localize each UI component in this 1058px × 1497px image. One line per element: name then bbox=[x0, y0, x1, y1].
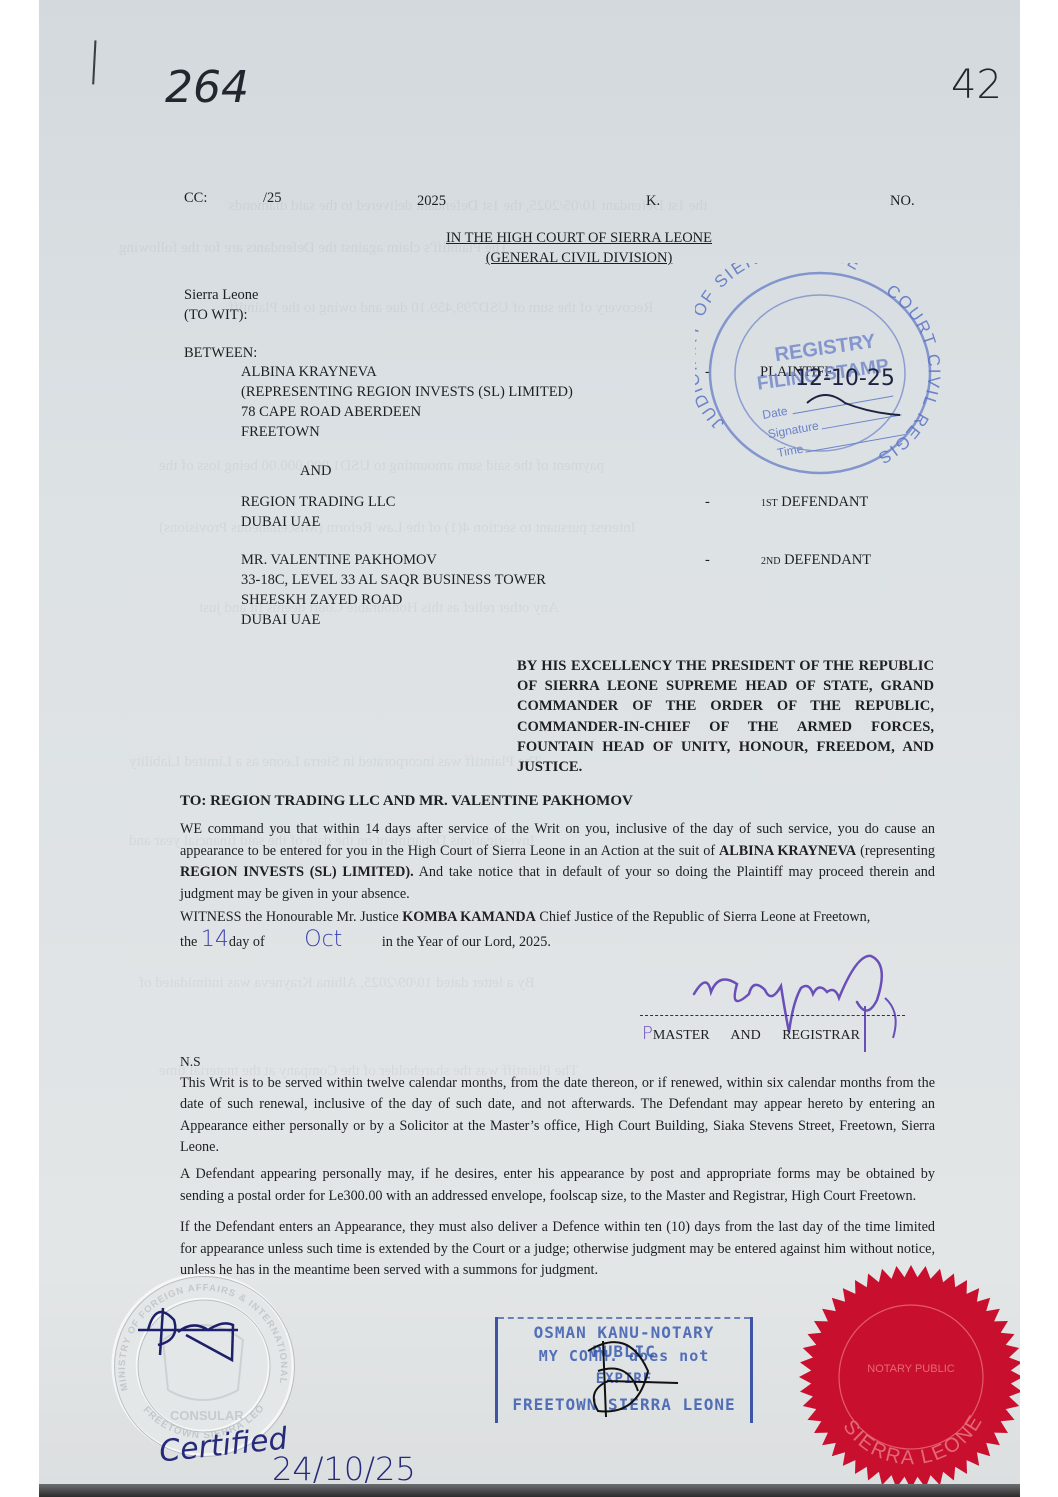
defendant1-location: DUBAI UAE bbox=[241, 512, 395, 532]
service-note: N.S This Writ is to be served within twe… bbox=[180, 1051, 935, 1159]
defendant2-name: MR. VALENTINE PAKHOMOV bbox=[241, 550, 546, 570]
bleed-through-text: the 1st Defendant 10/05/2025, the 1st De… bbox=[229, 198, 707, 215]
bleed-through-text: The Plaintiff was incorporated in Sierra… bbox=[129, 754, 541, 771]
handwritten-witness-month: Oct bbox=[268, 929, 378, 951]
bleed-through-text: Interest pursuant to section 4(1) of the… bbox=[159, 520, 636, 537]
plaintiff-city: FREETOWN bbox=[241, 422, 573, 442]
notary-signature bbox=[578, 1331, 688, 1421]
defendant1-role-label: DEFENDANT bbox=[781, 494, 868, 510]
case-k-label: K. bbox=[646, 191, 660, 211]
handwritten-page-number-left: 264 bbox=[165, 62, 249, 113]
ns-label: N.S bbox=[180, 1051, 935, 1073]
defendant2-block: MR. VALENTINE PAKHOMOV 33-18C, LEVEL 33 … bbox=[241, 550, 546, 630]
defendant1-block: REGION TRADING LLC DUBAI UAE bbox=[241, 492, 395, 532]
defendant2-role: 2ND DEFENDANT bbox=[761, 550, 871, 572]
ns-text: This Writ is to be served within twelve … bbox=[180, 1073, 935, 1159]
defendant2-address1: 33-18C, LEVEL 33 AL SAQR BUSINESS TOWER bbox=[241, 570, 546, 590]
registry-date-label: Date bbox=[761, 404, 789, 422]
witness-the: the bbox=[180, 934, 197, 950]
cc-number-suffix: /25 bbox=[263, 188, 282, 208]
defendant2-location: DUBAI UAE bbox=[241, 610, 546, 630]
case-no-label: NO. bbox=[890, 191, 915, 211]
signatory-title: PMASTER AND REGISTRAR bbox=[642, 1023, 892, 1044]
jurisdiction-country: Sierra Leone bbox=[184, 285, 258, 305]
plaintiff-representing: (REPRESENTING REGION INVESTS (SL) LIMITE… bbox=[241, 382, 573, 402]
and-separator: AND bbox=[300, 461, 331, 481]
registry-signature-label: Signature bbox=[767, 418, 820, 441]
handwritten-p-mark: P bbox=[642, 1023, 653, 1044]
bleed-through-text: Recovery of the sum of USD799,459.10 due… bbox=[229, 300, 653, 317]
handwritten-tick-mark: | bbox=[86, 34, 103, 86]
defendant2-ordinal: 2ND bbox=[761, 556, 780, 567]
case-year: 2025 bbox=[417, 191, 446, 211]
handwritten-filing-date: 12-10-25 bbox=[795, 366, 895, 391]
consular-label: CONSULAR bbox=[170, 1408, 244, 1423]
command-text: (representing bbox=[856, 843, 935, 859]
red-notary-seal: SIERRA LEONE NOTARY PUBLIC bbox=[796, 1262, 1020, 1487]
plaintiff-block: ALBINA KRAYNEVA (REPRESENTING REGION INV… bbox=[241, 362, 573, 442]
document-page: the 1st Defendant 10/05/2025, the 1st De… bbox=[39, 0, 1020, 1487]
jurisdiction: Sierra Leone (TO WIT): bbox=[184, 285, 258, 325]
defendant1-role: 1ST DEFENDANT bbox=[761, 492, 868, 514]
handwritten-certified-date: 24/10/25 bbox=[272, 1450, 416, 1487]
signatory-label: MASTER AND REGISTRAR bbox=[653, 1028, 860, 1043]
defendant2-dash: - bbox=[705, 550, 710, 570]
plaintiff-address: 78 CAPE ROAD ABERDEEN bbox=[241, 402, 573, 422]
page-bottom-edge bbox=[39, 1484, 1020, 1497]
defendant1-name: REGION TRADING LLC bbox=[241, 492, 395, 512]
witness-text: WITNESS the Honourable Mr. Justice bbox=[180, 909, 402, 925]
bleed-through-text: By a letter dated 10/09/2025, Albina Kra… bbox=[139, 975, 535, 992]
handwritten-page-number-right: 42 bbox=[951, 62, 1002, 108]
cc-label: CC: bbox=[184, 188, 207, 208]
bleed-through-text: payment of the said sum amounting to USD… bbox=[159, 458, 604, 475]
command-company-name: REGION INVESTS (SL) LIMITED). bbox=[180, 864, 414, 880]
witness-text: Chief Justice of the Republic of Sierra … bbox=[536, 909, 871, 925]
between-label: BETWEEN: bbox=[184, 343, 257, 363]
presidential-title-block: BY HIS EXCELLENCY THE PRESIDENT OF THE R… bbox=[517, 656, 934, 777]
defendant1-dash: - bbox=[705, 492, 710, 512]
signature-line bbox=[640, 1015, 905, 1016]
postal-appearance-paragraph: A Defendant appearing personally may, if… bbox=[180, 1164, 935, 1207]
registry-filing-stamp: JUDICIARY OF SIERRA LEONE COURT CIVIL RE… bbox=[695, 263, 945, 478]
chief-justice-name: KOMBA KAMANDA bbox=[402, 909, 536, 925]
witness-day-of: day of bbox=[229, 934, 265, 950]
notary-public-stamp: OSMAN KANU-NOTARY PUBLIC MY COMM. does n… bbox=[495, 1317, 753, 1423]
witness-year: in the Year of our Lord, 2025. bbox=[382, 934, 551, 950]
defendant2-role-label: DEFENDANT bbox=[784, 552, 871, 568]
handwritten-witness-day: 14 bbox=[201, 929, 229, 951]
defendant1-ordinal: 1ST bbox=[761, 498, 778, 509]
command-plaintiff-name: ALBINA KRAYNEVA bbox=[719, 843, 856, 859]
jurisdiction-to-wit: (TO WIT): bbox=[184, 305, 258, 325]
command-paragraph: WE command you that within 14 days after… bbox=[180, 819, 935, 905]
court-title: IN THE HIGH COURT OF SIERRA LEONE (GENER… bbox=[379, 228, 779, 268]
court-title-line1: IN THE HIGH COURT OF SIERRA LEONE bbox=[379, 228, 779, 248]
addressee-line: TO: REGION TRADING LLC AND MR. VALENTINE… bbox=[180, 793, 633, 810]
defendant2-address2: SHEESKH ZAYED ROAD bbox=[241, 590, 546, 610]
plaintiff-name: ALBINA KRAYNEVA bbox=[241, 362, 573, 382]
registry-time-label: Time bbox=[776, 442, 805, 460]
red-seal-center-text: NOTARY PUBLIC bbox=[867, 1363, 954, 1375]
